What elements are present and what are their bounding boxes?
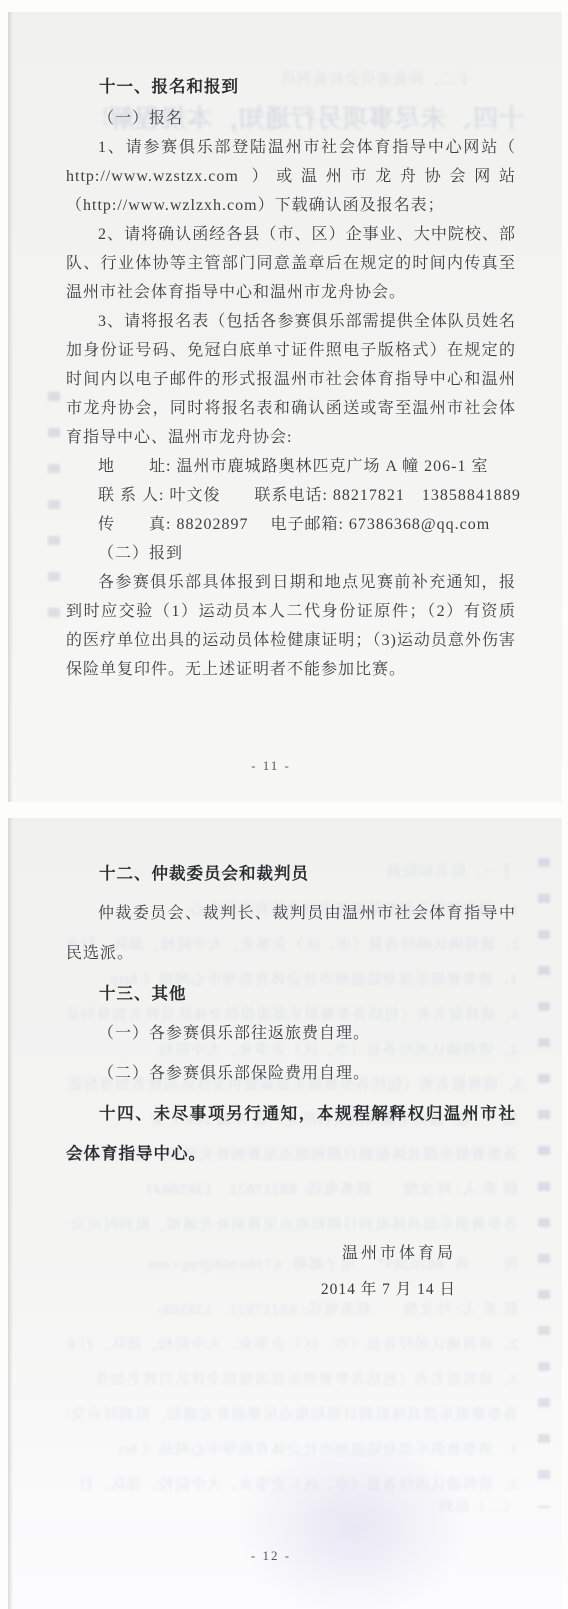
paragraph-registration-1: 1、请参赛俱乐部登陆温州市社会体育指导中心网站（ http://www.wzst…	[66, 133, 516, 220]
section-heading-12: 十二、仲裁委员会和裁判员	[66, 854, 516, 894]
scanned-document: { "page1": { "heading11": "十一、报名和报到", "s…	[0, 0, 568, 1609]
bleedthrough-text: 1、请参赛俱乐部登陆温州市社会体育指导中心网站（ http://www.wzst…	[118, 1440, 518, 1460]
bleedthrough-text: （二）报到	[138, 1497, 518, 1517]
paragraph-registration-2: 2、请将确认函经各县（市、区）企事业、大中院校、部队、行业体协等主管部门同意盖章…	[66, 220, 516, 307]
page-number-12: - 12 -	[8, 1548, 548, 1564]
paragraph-registration-3: 3、请将报名表（包括各参赛俱乐部需提供全体队员姓名加身份证号码、免冠白底单寸证件…	[66, 307, 516, 452]
page-number-11: - 11 -	[8, 758, 548, 774]
subsection-label-baoming: （一）报名	[66, 104, 516, 133]
bleedthrough-text: 各参赛俱乐部具体报到日期和地点见赛前补充通知，报到时应交验（1）运动员本人二代身…	[68, 1405, 518, 1425]
section-heading-11: 十一、报名和报到	[66, 72, 516, 102]
page-1-content: 十一、报名和报到 （一）报名 1、请参赛俱乐部登陆温州市社会体育指导中心网站（ …	[8, 12, 562, 684]
contact-block: 地 址: 温州市鹿城路奥林匹克广场 A 幢 206-1 室 联 系 人: 叶文俊…	[98, 452, 516, 539]
document-page-1: 十二、仲裁委员会和裁判员 十四、未尽事项另行通知，本规程解释权归温州市社会体育指…	[8, 12, 562, 802]
issuing-authority: 温州市体育局	[66, 1236, 456, 1272]
bleedthrough-text: 3、请将报名表（包括各参赛俱乐部需提供全体队员姓名加身份证号码、免冠白底单寸证件…	[98, 1370, 518, 1390]
contact-person-line: 联 系 人: 叶文俊 联系电话: 88217821 13858841889	[98, 481, 516, 510]
bleedthrough-text: 2、请将确认函经各县（市、区）企事业、大中院校、部队、行业体协等主管部门同意盖章…	[68, 1335, 518, 1355]
issue-date: 2014 年 7 月 14 日	[66, 1272, 456, 1308]
subsection-label-baodao: （二）报到	[66, 539, 516, 568]
paragraph-jury: 仲裁委员会、裁判长、裁判员由温州市社会体育指导中民选派。	[66, 894, 516, 974]
signature-block: 温州市体育局 2014 年 7 月 14 日	[66, 1236, 516, 1308]
section-heading-14: 十四、未尽事项另行通知，本规程解释权归温州市社会体育指导中心。	[66, 1094, 516, 1174]
page-2-content: 十二、仲裁委员会和裁判员 仲裁委员会、裁判长、裁判员由温州市社会体育指导中民选派…	[8, 818, 562, 1308]
bleedthrough-text: 2、请将确认函经各县（市、区）企事业、大中院校、部队、行业体协等主管部门同意盖章…	[78, 1475, 518, 1495]
paragraph-travel-expense: （一）各参赛俱乐部往返旅费自理。	[66, 1014, 516, 1054]
section-heading-13: 十三、其他	[66, 974, 516, 1014]
paragraph-insurance-expense: （二）各参赛俱乐部保险费用自理。	[66, 1054, 516, 1094]
document-page-2: 十一、报名和报到 1、请参赛俱乐部登陆温州市社会体育指导中心网站（ http:/…	[8, 818, 562, 1609]
contact-fax-email-line: 传 真: 88202897 电子邮箱: 67386368@qq.com	[98, 510, 516, 539]
paragraph-checkin: 各参赛俱乐部具体报到日期和地点见赛前补充通知，报到时应交验（1）运动员本人二代身…	[66, 568, 516, 684]
contact-address-line: 地 址: 温州市鹿城路奥林匹克广场 A 幢 206-1 室	[98, 452, 516, 481]
